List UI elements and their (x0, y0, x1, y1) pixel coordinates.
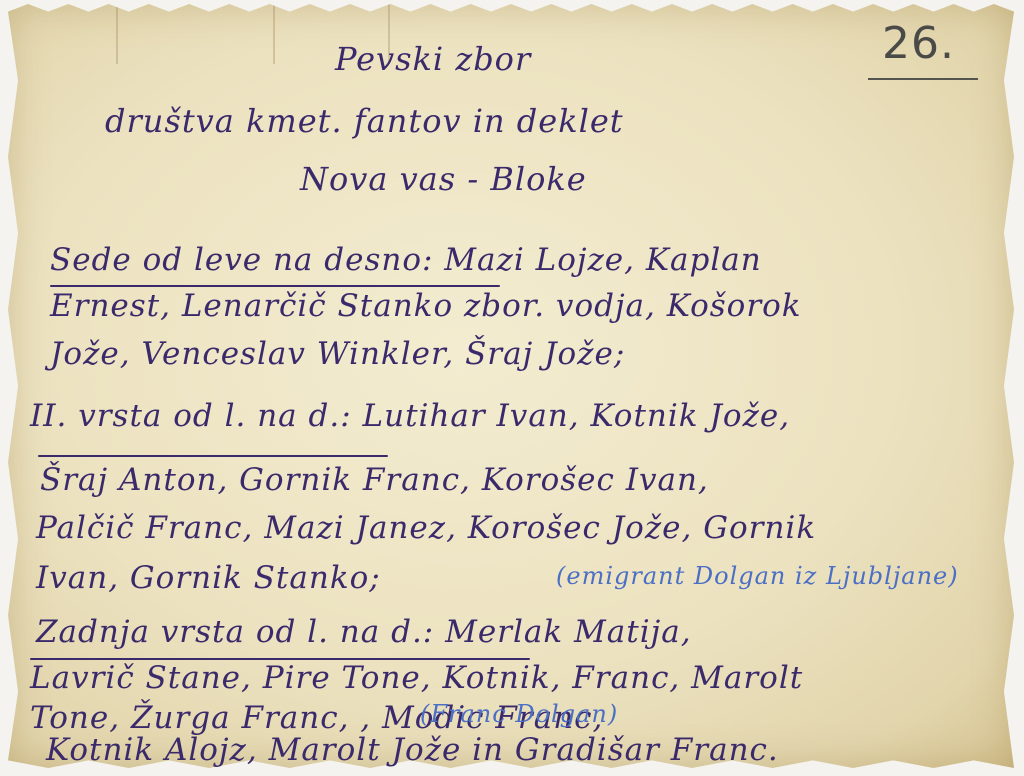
title-line-2: društva kmet. fantov in deklet (105, 102, 624, 140)
page-number: 26. (882, 18, 955, 69)
annotation-emigrant: (emigrant Dolgan iz Ljubljane) (556, 562, 959, 590)
heading-underline (50, 285, 500, 287)
body-line-9: Lavrič Stane, Pire Tone, Kotnik, Franc, … (30, 660, 803, 696)
body-line-8: Zadnja vrsta od l. na d.: Merlak Matija, (36, 614, 692, 650)
body-line-7: Ivan, Gornik Stanko; (36, 560, 381, 596)
title-line-1: Pevski zbor (335, 40, 531, 78)
annotation-franc-dolgan: (Franc Dolgan) (420, 700, 618, 728)
heading-underline (38, 455, 388, 457)
body-line-5: Šraj Anton, Gornik Franc, Korošec Ivan, (40, 462, 709, 498)
body-line-4: II. vrsta od l. na d.: Lutihar Ivan, Kot… (30, 398, 790, 434)
body-line-1: Sede od leve na desno: Mazi Lojze, Kapla… (50, 242, 762, 278)
body-line-6: Palčič Franc, Mazi Janez, Korošec Jože, … (36, 510, 816, 546)
body-line-11: Kotnik Alojz, Marolt Jože in Gradišar Fr… (46, 732, 779, 768)
page-number-underline (868, 78, 978, 80)
paper-crease (116, 4, 118, 64)
title-line-3: Nova vas - Bloke (300, 160, 587, 198)
body-line-3: Jože, Venceslav Winkler, Šraj Jože; (50, 336, 625, 372)
paper-crease (273, 4, 275, 64)
body-line-2: Ernest, Lenarčič Stanko zbor. vodja, Koš… (50, 288, 802, 324)
